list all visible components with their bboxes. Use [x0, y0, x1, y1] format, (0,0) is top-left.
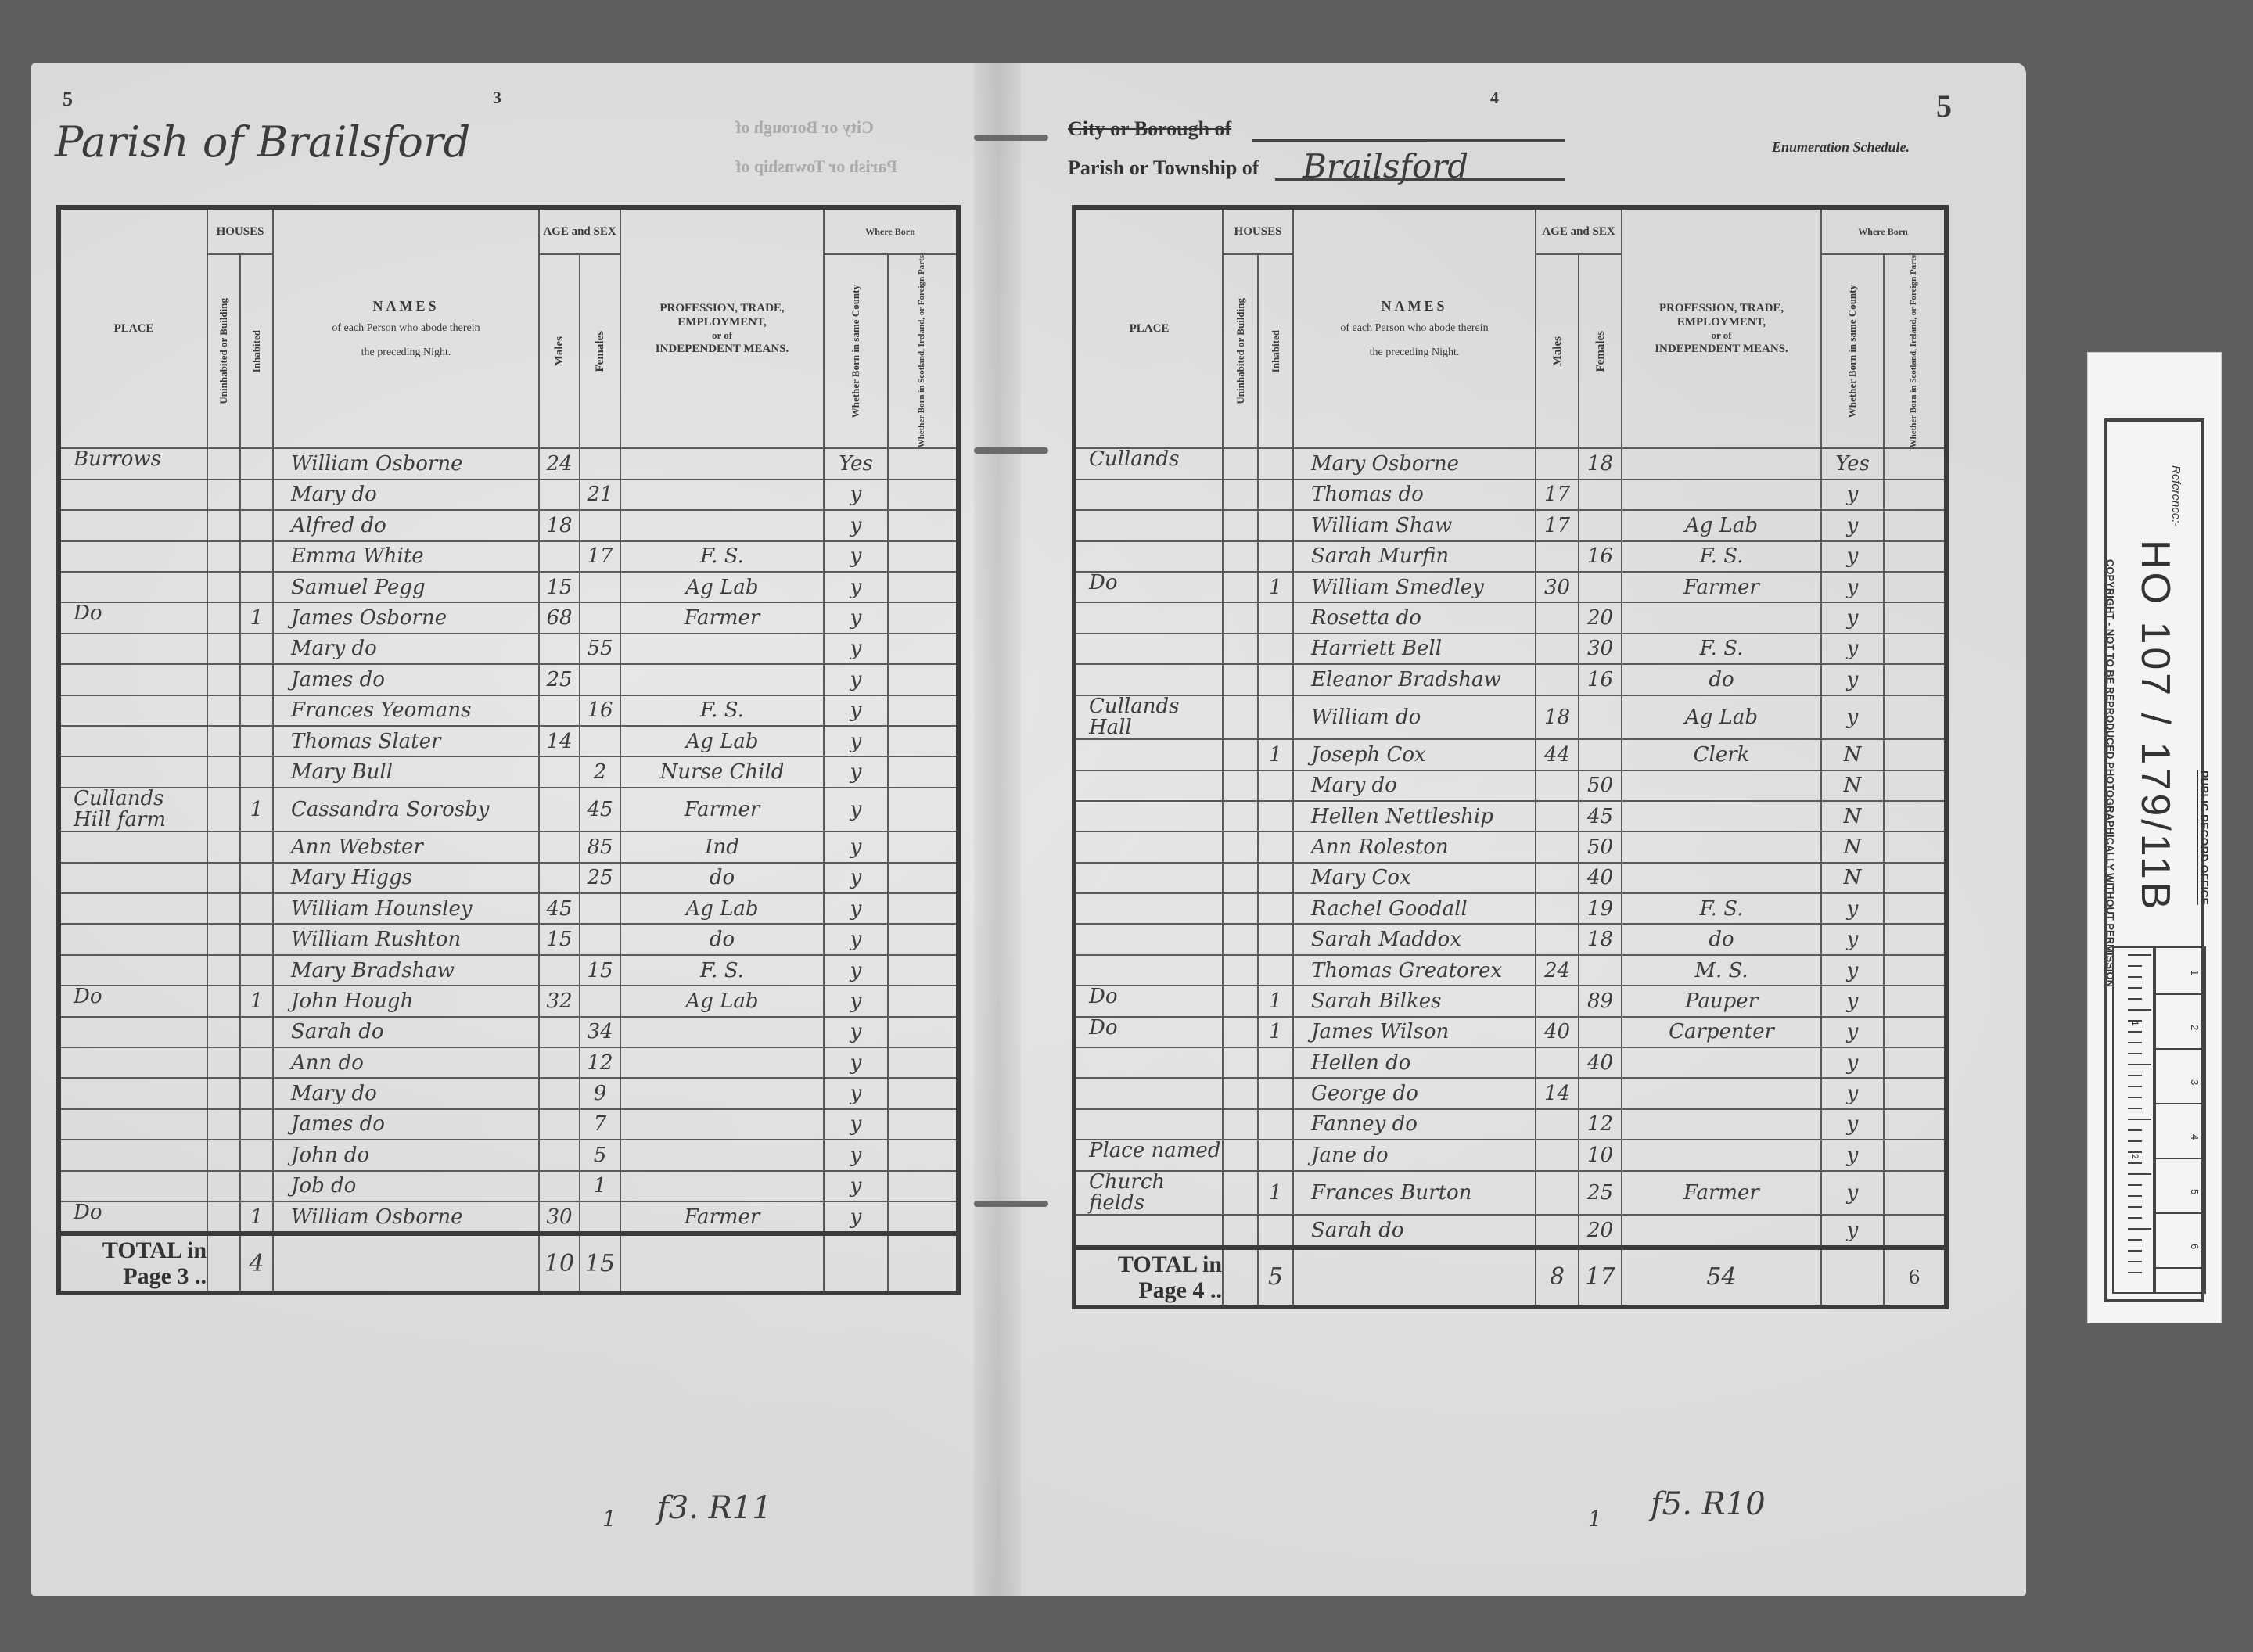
col-inhabited: Inhabited [240, 254, 273, 448]
col-age-sex: AGE and SEX [539, 207, 620, 254]
born-foreign-cell [1884, 986, 1946, 1016]
born-same-county-cell: y [824, 1201, 888, 1234]
name-cell: Mary Cox [1293, 863, 1536, 893]
born-same-county-cell: y [824, 510, 888, 540]
name-cell: Ann Roleston [1293, 831, 1536, 862]
ruler-tick [2128, 1195, 2142, 1197]
place-cell [59, 893, 207, 924]
uninhabited-cell [207, 924, 240, 954]
born-foreign-cell [1884, 924, 1946, 954]
born-same-county-cell: y [1821, 924, 1884, 954]
name-cell: Mary Bull [273, 756, 539, 787]
table-row: Rosetta do20y [1074, 602, 1946, 633]
reference-label: Reference:- [2169, 465, 2183, 526]
table-row: Cullands HallWilliam do18Ag Laby [1074, 695, 1946, 740]
born-same-county-cell: Yes [1821, 448, 1884, 479]
uninhabited-cell [1223, 924, 1258, 954]
name-cell: Mary do [273, 634, 539, 664]
table-row: Church fields1Frances Burton25Farmery [1074, 1171, 1946, 1216]
ruler-tick [2128, 965, 2142, 967]
occupation-cell: F. S. [620, 695, 824, 726]
female-age-cell: 21 [580, 479, 620, 510]
census-table-page-3: PLACE HOUSES NAMES of each Person who ab… [56, 205, 961, 1295]
table-row: Hellen do40y [1074, 1047, 1946, 1078]
uninhabited-cell [207, 572, 240, 602]
table-row: Emma White17F. S.y [59, 541, 958, 572]
female-age-cell: 12 [580, 1047, 620, 1078]
born-same-county-cell: y [824, 1017, 888, 1047]
ruler-tick [2128, 1217, 2142, 1219]
male-age-cell [539, 1171, 580, 1201]
name-cell: John do [273, 1140, 539, 1170]
male-age-cell: 24 [1536, 955, 1579, 986]
uninhabited-cell [207, 1171, 240, 1201]
table-row: Mary Bradshaw15F. S.y [59, 955, 958, 986]
name-cell: George do [1293, 1078, 1536, 1108]
male-age-cell: 40 [1536, 1017, 1579, 1047]
uninhabited-cell [1223, 1078, 1258, 1108]
uninhabited-cell [1223, 1047, 1258, 1078]
male-age-cell: 17 [1536, 479, 1579, 510]
table-row: William Rushton15doy [59, 924, 958, 954]
inhabited-cell [1258, 1140, 1293, 1170]
inhabited-cell [1258, 831, 1293, 862]
male-age-cell: 15 [539, 572, 580, 602]
col-houses: HOUSES [207, 207, 273, 254]
table-row: Mary do50N [1074, 770, 1946, 801]
ruler-cm-label: 4 [2189, 1134, 2201, 1140]
table-row: Fanney do12y [1074, 1109, 1946, 1140]
occupation-cell: Farmer [1622, 572, 1821, 602]
born-same-county-cell: y [824, 893, 888, 924]
name-cell: James Wilson [1293, 1017, 1536, 1047]
uninhabited-cell [1223, 1215, 1258, 1247]
footer-annotation-page-4: f5. R10 [1651, 1486, 1766, 1522]
table-row: Do1William Osborne30Farmery [59, 1201, 958, 1234]
uninhabited-cell [207, 831, 240, 862]
col-males: Males [539, 254, 580, 448]
uninhabited-cell [1223, 1140, 1258, 1170]
ruler-cm-divider [2153, 1267, 2203, 1269]
name-cell: Sarah Bilkes [1293, 986, 1536, 1016]
male-age-cell [539, 695, 580, 726]
male-age-cell: 25 [539, 664, 580, 695]
occupation-cell: Ag Lab [620, 726, 824, 756]
born-same-county-cell: N [1821, 770, 1884, 801]
table-row: William Hounsley45Ag Laby [59, 893, 958, 924]
table-row: CullandsMary Osborne18Yes [1074, 448, 1946, 479]
place-cell [59, 479, 207, 510]
col-names: NAMES of each Person who abode therein t… [273, 207, 539, 448]
inhabited-cell [240, 1109, 273, 1140]
total-inhabited: 4 [240, 1234, 273, 1293]
uninhabited-cell [1223, 479, 1258, 510]
born-foreign-cell [1884, 770, 1946, 801]
female-age-cell: 9 [580, 1078, 620, 1108]
place-cell [59, 664, 207, 695]
born-foreign-cell [888, 788, 958, 832]
table-row: William Shaw17Ag Laby [1074, 510, 1946, 540]
female-age-cell: 2 [580, 756, 620, 787]
col-foreign: Whether Born in Scotland, Ireland, or Fo… [1884, 254, 1946, 448]
footer-annotation-page-3: f3. R11 [657, 1490, 772, 1526]
inhabited-cell [1258, 893, 1293, 924]
born-foreign-cell [888, 924, 958, 954]
inhabited-cell: 1 [1258, 1017, 1293, 1047]
male-age-cell [539, 634, 580, 664]
ruler-inch-label: 2 [2129, 1154, 2140, 1159]
inhabited-cell [1258, 863, 1293, 893]
female-age-cell: 55 [580, 634, 620, 664]
table-row: Mary do55y [59, 634, 958, 664]
occupation-cell: Farmer [620, 602, 824, 633]
female-age-cell: 15 [580, 955, 620, 986]
born-foreign-cell [1884, 572, 1946, 602]
female-age-cell: 89 [1579, 986, 1622, 1016]
place-cell: Church fields [1074, 1171, 1223, 1216]
female-age-cell [1579, 510, 1622, 540]
occupation-cell [620, 1109, 824, 1140]
inhabited-cell [240, 1017, 273, 1047]
place-cell [59, 955, 207, 986]
female-age-cell: 18 [1579, 448, 1622, 479]
occupation-cell [1622, 448, 1821, 479]
place-cell [59, 1047, 207, 1078]
occupation-cell [1622, 770, 1821, 801]
folio-number: 5 [1936, 88, 1952, 124]
uninhabited-cell [1223, 510, 1258, 540]
born-foreign-cell [888, 726, 958, 756]
male-age-cell [1536, 602, 1579, 633]
col-profession: PROFESSION, TRADE, EMPLOYMENT, or of IND… [1622, 207, 1821, 448]
ruler-tick [2128, 1108, 2142, 1109]
inhabited-cell [1258, 634, 1293, 664]
born-foreign-cell [1884, 739, 1946, 770]
born-same-county-cell: y [1821, 955, 1884, 986]
male-age-cell [1536, 448, 1579, 479]
name-cell: James do [273, 1109, 539, 1140]
occupation-cell: Carpenter [1622, 1017, 1821, 1047]
total-uninhabited [207, 1234, 240, 1293]
born-same-county-cell: y [824, 572, 888, 602]
table-row: Frances Yeomans16F. S.y [59, 695, 958, 726]
ruler-cm [2153, 946, 2206, 1294]
name-cell: Hellen do [1293, 1047, 1536, 1078]
female-age-cell: 50 [1579, 770, 1622, 801]
uninhabited-cell [207, 1047, 240, 1078]
male-age-cell: 68 [539, 602, 580, 633]
born-same-county-cell: y [824, 831, 888, 862]
born-foreign-cell [888, 479, 958, 510]
parish-township-label: Parish or Township of [1068, 156, 1259, 180]
born-foreign-cell [1884, 1171, 1946, 1216]
born-foreign-cell [888, 695, 958, 726]
occupation-cell [620, 1140, 824, 1170]
uninhabited-cell [1223, 955, 1258, 986]
female-age-cell: 16 [1579, 541, 1622, 572]
born-same-county-cell: y [824, 1078, 888, 1108]
uninhabited-cell [207, 756, 240, 787]
born-same-county-cell: y [1821, 893, 1884, 924]
table-row: Ann Roleston50N [1074, 831, 1946, 862]
name-cell: Harriett Bell [1293, 634, 1536, 664]
inhabited-cell [240, 1047, 273, 1078]
place-cell: Do [59, 602, 207, 633]
uninhabited-cell [207, 1078, 240, 1108]
total-foreign-mark [888, 1234, 958, 1293]
male-age-cell: 44 [1536, 739, 1579, 770]
inhabited-cell [240, 541, 273, 572]
inhabited-cell [1258, 1215, 1293, 1247]
inhabited-cell [1258, 695, 1293, 740]
place-cell [59, 756, 207, 787]
uninhabited-cell [1223, 572, 1258, 602]
place-cell [1074, 479, 1223, 510]
faded-bleed-city: City or Borough of [735, 117, 874, 138]
female-age-cell: 16 [580, 695, 620, 726]
born-foreign-cell [1884, 695, 1946, 740]
uninhabited-cell [1223, 602, 1258, 633]
born-same-county-cell: y [824, 986, 888, 1016]
place-cell: Cullands [1074, 448, 1223, 479]
female-age-cell [580, 448, 620, 479]
col-same-county: Whether Born in same County [1821, 254, 1884, 448]
place-cell [1074, 510, 1223, 540]
name-cell: John Hough [273, 986, 539, 1016]
table-row: Mary Cox40N [1074, 863, 1946, 893]
ruler-cm-divider [2153, 1212, 2203, 1214]
female-age-cell: 50 [1579, 831, 1622, 862]
born-foreign-cell [1884, 1109, 1946, 1140]
name-cell: Joseph Cox [1293, 739, 1536, 770]
born-foreign-cell [1884, 448, 1946, 479]
name-cell: Mary Osborne [1293, 448, 1536, 479]
female-age-cell [580, 664, 620, 695]
born-same-county-cell: y [824, 756, 888, 787]
table-row: Thomas Slater14Ag Laby [59, 726, 958, 756]
ruler-cm-label: 6 [2189, 1244, 2201, 1249]
place-cell [59, 1017, 207, 1047]
place-cell [1074, 602, 1223, 633]
place-cell [1074, 955, 1223, 986]
table-row: Do1Sarah Bilkes89Paupery [1074, 986, 1946, 1016]
male-age-cell [539, 788, 580, 832]
inhabited-cell: 1 [240, 1201, 273, 1234]
occupation-cell: M. S. [1622, 955, 1821, 986]
born-foreign-cell [888, 1017, 958, 1047]
female-age-cell: 12 [1579, 1109, 1622, 1140]
place-cell [59, 831, 207, 862]
born-foreign-cell [888, 1201, 958, 1234]
footer-tick-page-3: 1 [602, 1506, 616, 1532]
ruler-tick [2128, 954, 2151, 956]
occupation-cell [1622, 1078, 1821, 1108]
name-cell: James do [273, 664, 539, 695]
born-same-county-cell: Yes [824, 448, 888, 479]
female-age-cell [580, 986, 620, 1016]
place-cell [1074, 893, 1223, 924]
born-same-county-cell: y [1821, 1047, 1884, 1078]
col-profession: PROFESSION, TRADE, EMPLOYMENT, or of IND… [620, 207, 824, 448]
ruler-tick [2128, 1042, 2142, 1043]
male-age-cell: 32 [539, 986, 580, 1016]
inhabited-cell [1258, 510, 1293, 540]
male-age-cell: 45 [539, 893, 580, 924]
born-foreign-cell [1884, 831, 1946, 862]
table-row: Thomas do17y [1074, 479, 1946, 510]
ruler-tick [2128, 998, 2142, 1000]
uninhabited-cell [1223, 664, 1258, 695]
inhabited-cell [1258, 1109, 1293, 1140]
col-foreign: Whether Born in Scotland, Ireland, or Fo… [888, 254, 958, 448]
occupation-cell [620, 510, 824, 540]
uninhabited-cell [207, 1201, 240, 1234]
occupation-cell: Ag Lab [620, 893, 824, 924]
table-row: BurrowsWilliam Osborne24Yes [59, 448, 958, 479]
name-cell: Ann do [273, 1047, 539, 1078]
uninhabited-cell [207, 1140, 240, 1170]
col-names: NAMES of each Person who abode therein t… [1293, 207, 1536, 448]
male-age-cell [539, 831, 580, 862]
table-row: Do1James Osborne68Farmery [59, 602, 958, 633]
col-females: Females [1579, 254, 1622, 448]
male-age-cell [539, 1078, 580, 1108]
occupation-cell: Ag Lab [620, 572, 824, 602]
uninhabited-cell [1223, 770, 1258, 801]
female-age-cell [580, 893, 620, 924]
table-row: John do5y [59, 1140, 958, 1170]
uninhabited-cell [207, 510, 240, 540]
total-row: TOTAL inPage 3 ..41015 [59, 1234, 958, 1293]
female-age-cell [1579, 1078, 1622, 1108]
name-cell: Thomas Greatorex [1293, 955, 1536, 986]
female-age-cell [580, 924, 620, 954]
born-foreign-cell [888, 664, 958, 695]
place-cell [1074, 664, 1223, 695]
born-same-county-cell: y [1821, 572, 1884, 602]
census-table-page-4: PLACE HOUSES NAMES of each Person who ab… [1072, 205, 1949, 1309]
place-cell [59, 1109, 207, 1140]
inhabited-cell [240, 863, 273, 893]
male-age-cell [539, 756, 580, 787]
place-cell [1074, 801, 1223, 831]
ruler-tick [2128, 987, 2142, 989]
uninhabited-cell [207, 541, 240, 572]
enumeration-schedule-label: Enumeration Schedule. [1772, 139, 1910, 156]
inhabited-cell [240, 1078, 273, 1108]
born-same-county-cell: y [824, 726, 888, 756]
born-foreign-cell [888, 893, 958, 924]
name-cell: William Osborne [273, 1201, 539, 1234]
born-same-county-cell: y [1821, 1109, 1884, 1140]
table-row: Mary Higgs25doy [59, 863, 958, 893]
ruler-tick [2128, 1086, 2142, 1087]
name-cell: Sarah do [1293, 1215, 1536, 1247]
inhabited-cell [1258, 1078, 1293, 1108]
place-cell [1074, 1215, 1223, 1247]
col-age-sex: AGE and SEX [1536, 207, 1622, 254]
place-cell: Burrows [59, 448, 207, 479]
inhabited-cell [240, 924, 273, 954]
ruler-tick [2128, 1151, 2142, 1153]
place-cell [59, 1140, 207, 1170]
female-age-cell [1579, 739, 1622, 770]
male-age-cell: 14 [1536, 1078, 1579, 1108]
place-cell: Do [1074, 1017, 1223, 1047]
female-age-cell: 1 [580, 1171, 620, 1201]
female-age-cell: 45 [1579, 801, 1622, 831]
inhabited-cell [1258, 664, 1293, 695]
inhabited-cell: 1 [240, 788, 273, 832]
total-inhabited: 5 [1258, 1248, 1293, 1307]
name-cell: Samuel Pegg [273, 572, 539, 602]
female-age-cell [580, 602, 620, 633]
born-same-county-cell: y [824, 634, 888, 664]
born-foreign-cell [1884, 664, 1946, 695]
public-record-office-label: PUBLIC RECORD OFFICE [2198, 770, 2211, 905]
corner-number: 5 [63, 88, 73, 111]
female-age-cell: 25 [580, 863, 620, 893]
inhabited-cell [240, 695, 273, 726]
female-age-cell: 85 [580, 831, 620, 862]
male-age-cell [1536, 664, 1579, 695]
occupation-cell [1622, 1215, 1821, 1247]
name-cell: James Osborne [273, 602, 539, 633]
name-cell: Mary Bradshaw [273, 955, 539, 986]
table-row: Sarah Maddox18doy [1074, 924, 1946, 954]
uninhabited-cell [1223, 1017, 1258, 1047]
ruler-tick [2128, 1064, 2151, 1065]
table-row: Thomas Greatorex24M. S.y [1074, 955, 1946, 986]
table-row: Eleanor Bradshaw16doy [1074, 664, 1946, 695]
ruler-tick [2128, 1173, 2151, 1175]
name-cell: Frances Yeomans [273, 695, 539, 726]
name-cell: William Osborne [273, 448, 539, 479]
table-row: Do1John Hough32Ag Laby [59, 986, 958, 1016]
female-age-cell [1579, 695, 1622, 740]
total-same-county [1821, 1248, 1884, 1307]
born-foreign-cell [888, 1078, 958, 1108]
total-label: TOTAL inPage 4 .. [1074, 1248, 1223, 1307]
inhabited-cell: 1 [1258, 739, 1293, 770]
male-age-cell: 18 [1536, 695, 1579, 740]
ruler-tick [2128, 1184, 2142, 1186]
male-age-cell [1536, 634, 1579, 664]
occupation-cell: Ag Lab [1622, 695, 1821, 740]
occupation-cell: do [620, 863, 824, 893]
name-cell: Thomas do [1293, 479, 1536, 510]
binding-tie-bottom [974, 1201, 1048, 1207]
female-age-cell: 18 [1579, 924, 1622, 954]
name-cell: Thomas Slater [273, 726, 539, 756]
col-males: Males [1536, 254, 1579, 448]
place-cell: Cullands Hill farm [59, 788, 207, 832]
uninhabited-cell [1223, 831, 1258, 862]
inhabited-cell [1258, 801, 1293, 831]
table-row: Hellen Nettleship45N [1074, 801, 1946, 831]
inhabited-cell: 1 [1258, 572, 1293, 602]
ruler-tick [2128, 1261, 2142, 1262]
occupation-cell: Nurse Child [620, 756, 824, 787]
born-same-county-cell: y [824, 664, 888, 695]
table-row: Ann Webster85Indy [59, 831, 958, 862]
name-cell: William do [1293, 695, 1536, 740]
total-females: 17 [1579, 1248, 1622, 1307]
born-foreign-cell [888, 572, 958, 602]
occupation-cell [620, 1078, 824, 1108]
place-cell [59, 1078, 207, 1108]
occupation-cell [1622, 863, 1821, 893]
